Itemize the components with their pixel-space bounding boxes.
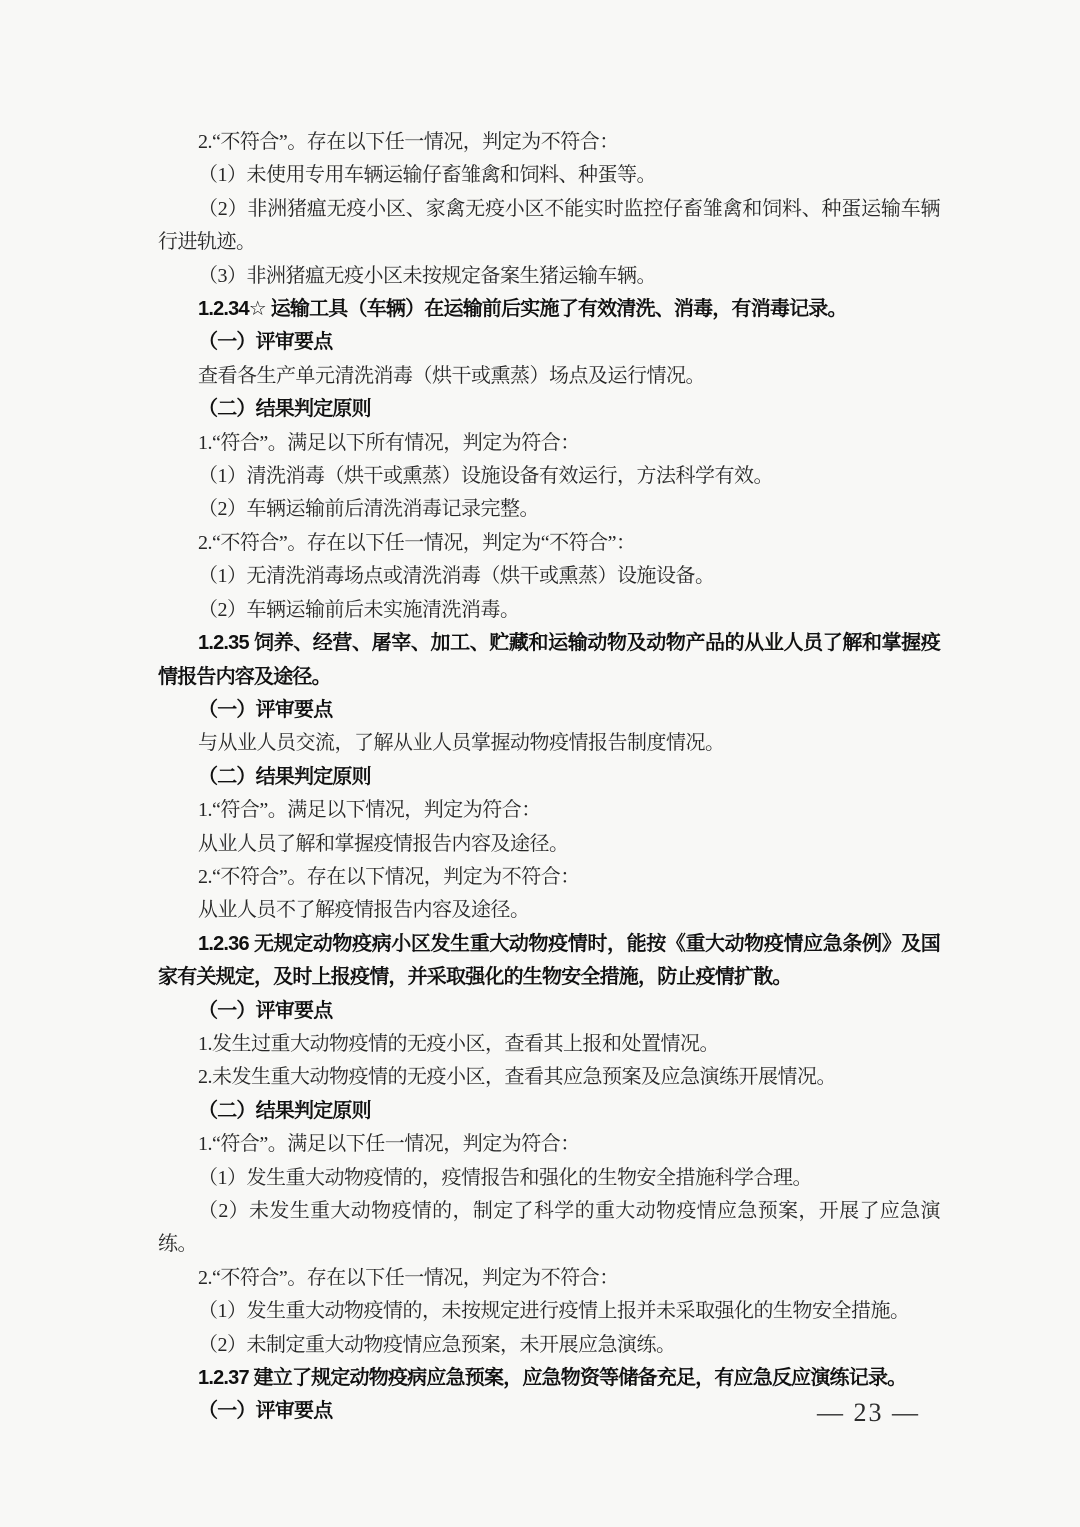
paragraph: 从业人员了解和掌握疫情报告内容及途径。 — [158, 828, 940, 861]
paragraph: （1）无清洗消毒场点或清洗消毒（烘干或熏蒸）设施设备。 — [158, 560, 940, 593]
paragraph: 1.“符合”。满足以下任一情况，判定为符合： — [158, 1128, 940, 1161]
paragraph: （2）非洲猪瘟无疫小区、家禽无疫小区不能实时监控仔畜雏禽和饲料、种蛋运输车辆行进… — [158, 193, 940, 260]
paragraph: 从业人员不了解疫情报告内容及途径。 — [158, 894, 940, 927]
paragraph: （二）结果判定原则 — [158, 761, 940, 794]
paragraph: 1.2.34☆ 运输工具（车辆）在运输前后实施了有效清洗、消毒，有消毒记录。 — [158, 293, 940, 326]
paragraph: （1）清洗消毒（烘干或熏蒸）设施设备有效运行，方法科学有效。 — [158, 460, 940, 493]
paragraph: 2.“不符合”。存在以下情况，判定为不符合： — [158, 861, 940, 894]
paragraph: （一）评审要点 — [158, 995, 940, 1028]
paragraph: 1.“符合”。满足以下所有情况，判定为符合： — [158, 427, 940, 460]
paragraph: 1.2.37 建立了规定动物疫病应急预案，应急物资等储备充足，有应急反应演练记录… — [158, 1362, 940, 1395]
paragraph: 2.“不符合”。存在以下任一情况，判定为“不符合”： — [158, 527, 940, 560]
paragraph: （1）发生重大动物疫情的，疫情报告和强化的生物安全措施科学合理。 — [158, 1162, 940, 1195]
paragraph: 2.“不符合”。存在以下任一情况，判定为不符合： — [158, 1262, 940, 1295]
paragraph: （1）未使用专用车辆运输仔畜雏禽和饲料、种蛋等。 — [158, 159, 940, 192]
paragraph: 1.发生过重大动物疫情的无疫小区，查看其上报和处置情况。 — [158, 1028, 940, 1061]
paragraph: 1.2.36 无规定动物疫病小区发生重大动物疫情时，能按《重大动物疫情应急条例》… — [158, 928, 940, 995]
paragraph: （2）车辆运输前后未实施清洗消毒。 — [158, 594, 940, 627]
paragraph: 与从业人员交流，了解从业人员掌握动物疫情报告制度情况。 — [158, 727, 940, 760]
paragraph: （3）非洲猪瘟无疫小区未按规定备案生猪运输车辆。 — [158, 260, 940, 293]
paragraph: 1.“符合”。满足以下情况，判定为符合： — [158, 794, 940, 827]
paragraph: 查看各生产单元清洗消毒（烘干或熏蒸）场点及运行情况。 — [158, 360, 940, 393]
paragraph: （二）结果判定原则 — [158, 1095, 940, 1128]
paragraph: （二）结果判定原则 — [158, 393, 940, 426]
paragraph: （1）发生重大动物疫情的，未按规定进行疫情上报并未采取强化的生物安全措施。 — [158, 1295, 940, 1328]
paragraph: （一）评审要点 — [158, 326, 940, 359]
document-body: 2.“不符合”。存在以下任一情况，判定为不符合：（1）未使用专用车辆运输仔畜雏禽… — [158, 126, 940, 1429]
page-number: — 23 — — [817, 1398, 920, 1428]
paragraph: 1.2.35 饲养、经营、屠宰、加工、贮藏和运输动物及动物产品的从业人员了解和掌… — [158, 627, 940, 694]
document-page: 2.“不符合”。存在以下任一情况，判定为不符合：（1）未使用专用车辆运输仔畜雏禽… — [0, 0, 1080, 1527]
paragraph: 2.“不符合”。存在以下任一情况，判定为不符合： — [158, 126, 940, 159]
paragraph: （2）未制定重大动物疫情应急预案，未开展应急演练。 — [158, 1329, 940, 1362]
paragraph: （一）评审要点 — [158, 694, 940, 727]
paragraph: （2）车辆运输前后清洗消毒记录完整。 — [158, 493, 940, 526]
paragraph: （2）未发生重大动物疫情的，制定了科学的重大动物疫情应急预案，开展了应急演练。 — [158, 1195, 940, 1262]
paragraph: 2.未发生重大动物疫情的无疫小区，查看其应急预案及应急演练开展情况。 — [158, 1061, 940, 1094]
